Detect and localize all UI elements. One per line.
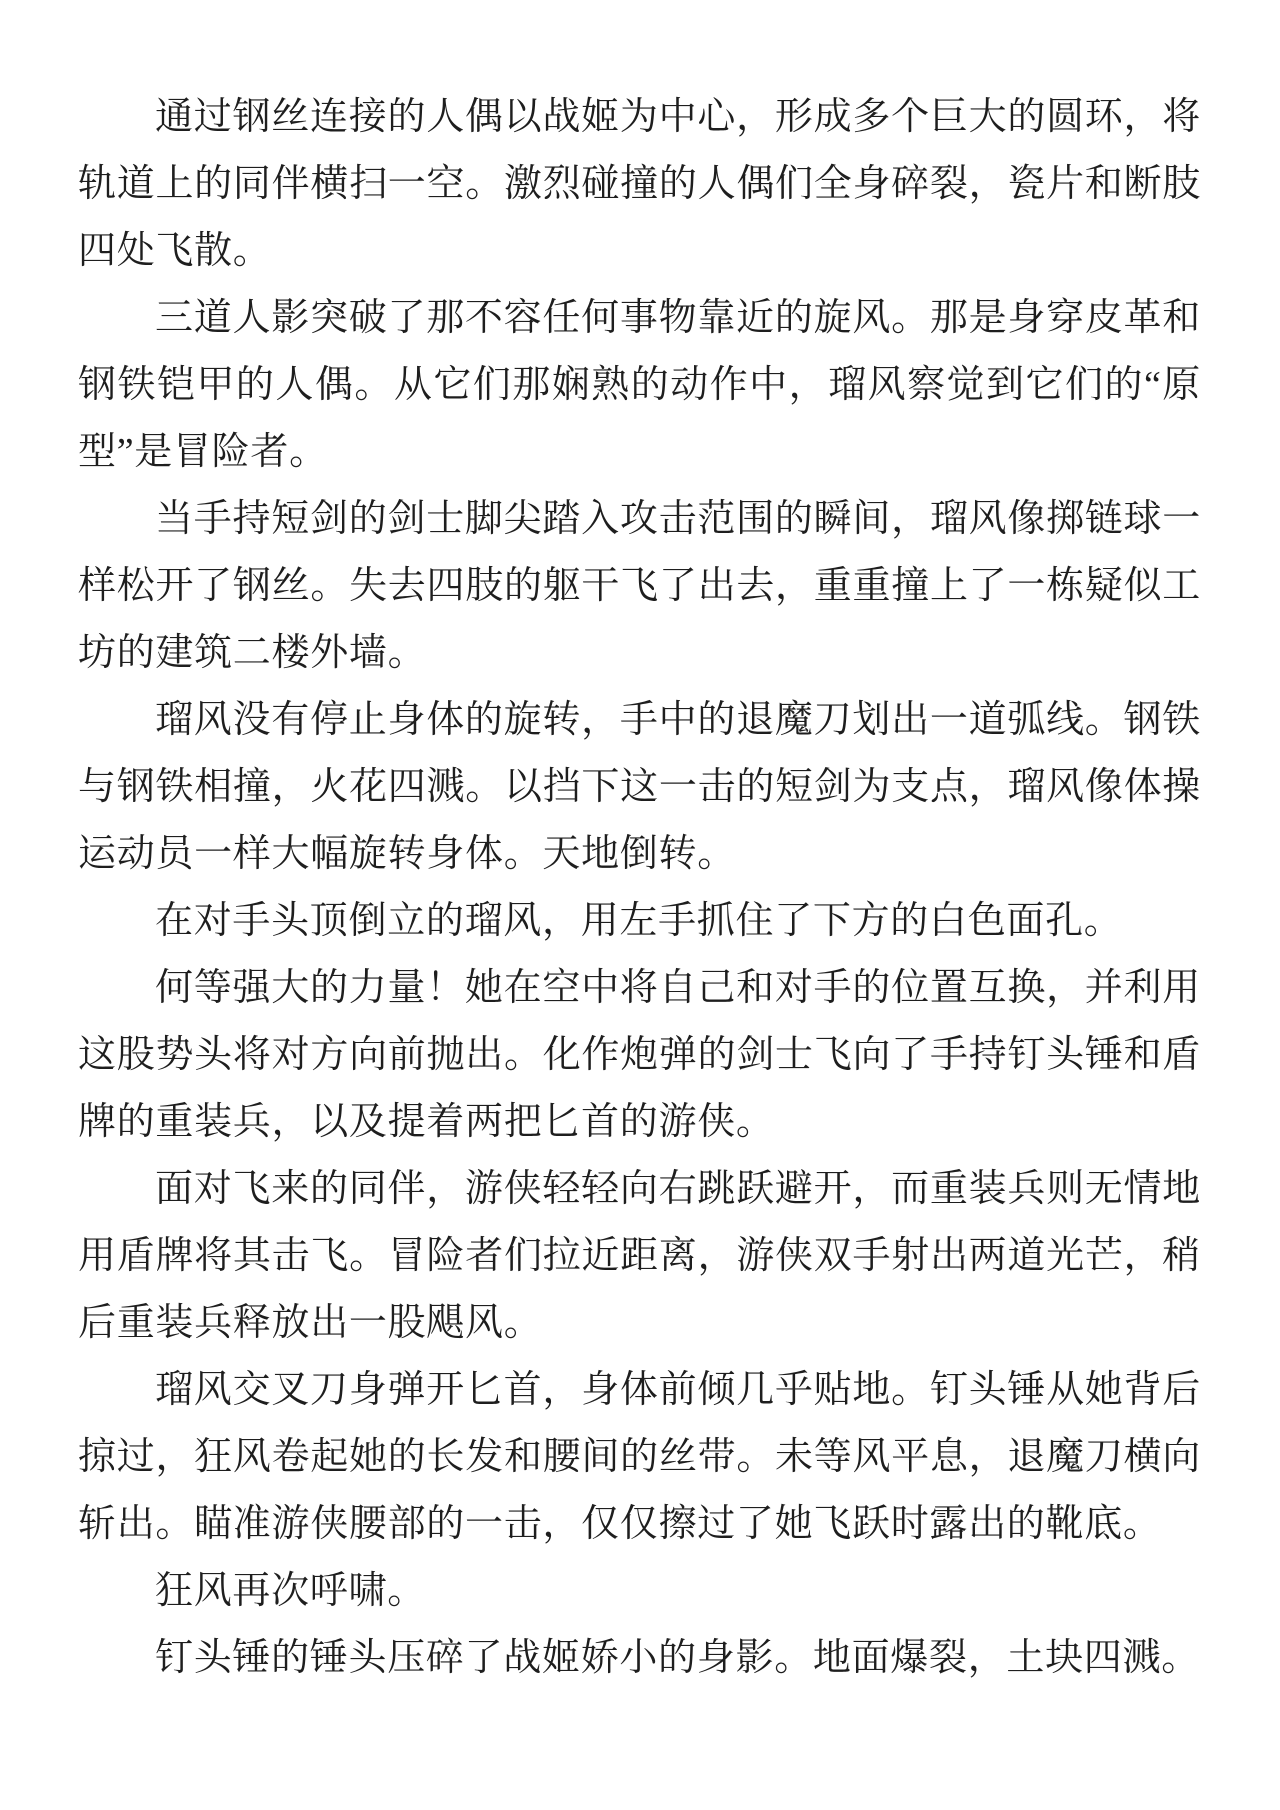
- paragraph: 面对飞来的同伴，游侠轻轻向右跳跃避开，而重装兵则无情地用盾牌将其击飞。冒险者们拉…: [78, 1156, 1201, 1357]
- paragraph: 瑠风没有停止身体的旋转，手中的退魔刀划出一道弧线。钢铁与钢铁相撞，火花四溅。以挡…: [78, 687, 1201, 888]
- paragraph: 瑠风交叉刀身弹开匕首，身体前倾几乎贴地。钉头锤从她背后掠过，狂风卷起她的长发和腰…: [78, 1357, 1201, 1558]
- paragraph: 何等强大的力量！她在空中将自己和对手的位置互换，并利用这股势头将对方向前抛出。化…: [78, 955, 1201, 1156]
- paragraph: 在对手头顶倒立的瑠风，用左手抓住了下方的白色面孔。: [78, 888, 1201, 955]
- novel-page: 通过钢丝连接的人偶以战姬为中心，形成多个巨大的圆环，将轨道上的同伴横扫一空。激烈…: [0, 0, 1280, 1810]
- paragraph: 狂风再次呼啸。: [78, 1558, 1201, 1625]
- paragraph: 通过钢丝连接的人偶以战姬为中心，形成多个巨大的圆环，将轨道上的同伴横扫一空。激烈…: [78, 84, 1201, 285]
- paragraph: 当手持短剑的剑士脚尖踏入攻击范围的瞬间，瑠风像掷链球一样松开了钢丝。失去四肢的躯…: [78, 486, 1201, 687]
- paragraph: 三道人影突破了那不容任何事物靠近的旋风。那是身穿皮革和钢铁铠甲的人偶。从它们那娴…: [78, 285, 1201, 486]
- paragraph: 钉头锤的锤头压碎了战姬娇小的身影。地面爆裂，土块四溅。: [78, 1625, 1201, 1692]
